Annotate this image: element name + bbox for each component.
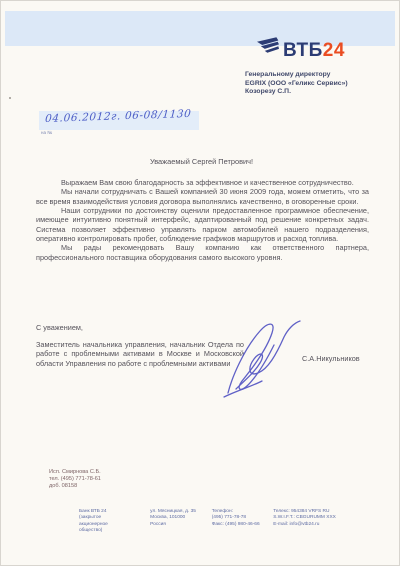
closing-regards: С уважением, bbox=[36, 323, 83, 332]
footer-address: ул. Мясницкая, д. 35 Москва, 101000 Росс… bbox=[150, 509, 212, 535]
recipient-block: Генеральному директору EGRIX (ООО «Гелик… bbox=[245, 71, 348, 97]
footer-line: Россия bbox=[150, 522, 212, 528]
vtb-wings-icon bbox=[257, 37, 279, 53]
recipient-line: Козорезу С.П. bbox=[245, 88, 348, 97]
logo-24: 24 bbox=[323, 40, 345, 61]
scan-speck bbox=[9, 97, 11, 99]
footer-bank-name: Банк ВТБ 24 (закрытое акционерное общест… bbox=[79, 509, 150, 535]
logo-vtb: ВТБ bbox=[283, 40, 323, 61]
handwritten-signature bbox=[214, 319, 309, 401]
executor-name: Исп. Смирнова С.Б. bbox=[49, 469, 101, 476]
footer-line: общество) bbox=[79, 528, 150, 534]
reference-field-label: на № bbox=[41, 130, 52, 135]
paragraph: Мы начали сотрудничать с Вашей компанией… bbox=[36, 187, 369, 206]
footer-line: Факс: (495) 980-46-66 bbox=[212, 522, 274, 528]
signer-name: С.А.Никульников bbox=[302, 354, 360, 363]
footer-telex-swift-email: Телекс: 954384 VRFS RU S.W.I.F.T.: CBGUR… bbox=[273, 509, 379, 535]
signer-position: Заместитель начальника управления, начал… bbox=[36, 340, 244, 368]
letter-body: Выражаем Вам свою благодарность за эффек… bbox=[36, 178, 369, 262]
executor-ext: доб. 08158 bbox=[49, 483, 101, 490]
salutation: Уважаемый Сергей Петрович! bbox=[36, 157, 367, 166]
letterhead-footer: Банк ВТБ 24 (закрытое акционерное общест… bbox=[79, 509, 379, 535]
footer-phones: Телефон: (495) 771-78-78 Факс: (495) 980… bbox=[212, 509, 274, 535]
paragraph: Выражаем Вам свою благодарность за эффек… bbox=[36, 178, 369, 187]
recipient-line: EGRIX (ООО «Геликс Сервис») bbox=[245, 80, 348, 89]
logo-text: ВТБ24 bbox=[283, 41, 345, 61]
paragraph: Наши сотрудники по достоинству оценили п… bbox=[36, 206, 369, 243]
scanned-letter-page: ВТБ24 Генеральному директору EGRIX (ООО … bbox=[0, 0, 400, 566]
vtb24-logo: ВТБ24 bbox=[255, 35, 375, 65]
footer-line: E-mail: info@vtb24.ru bbox=[273, 522, 379, 528]
paragraph: Мы рады рекомендовать Вашу компанию как … bbox=[36, 243, 369, 262]
executor-block: Исп. Смирнова С.Б. тел. (495) 771-78-61 … bbox=[49, 469, 101, 491]
recipient-line: Генеральному директору bbox=[245, 71, 348, 80]
executor-phone: тел. (495) 771-78-61 bbox=[49, 476, 101, 483]
